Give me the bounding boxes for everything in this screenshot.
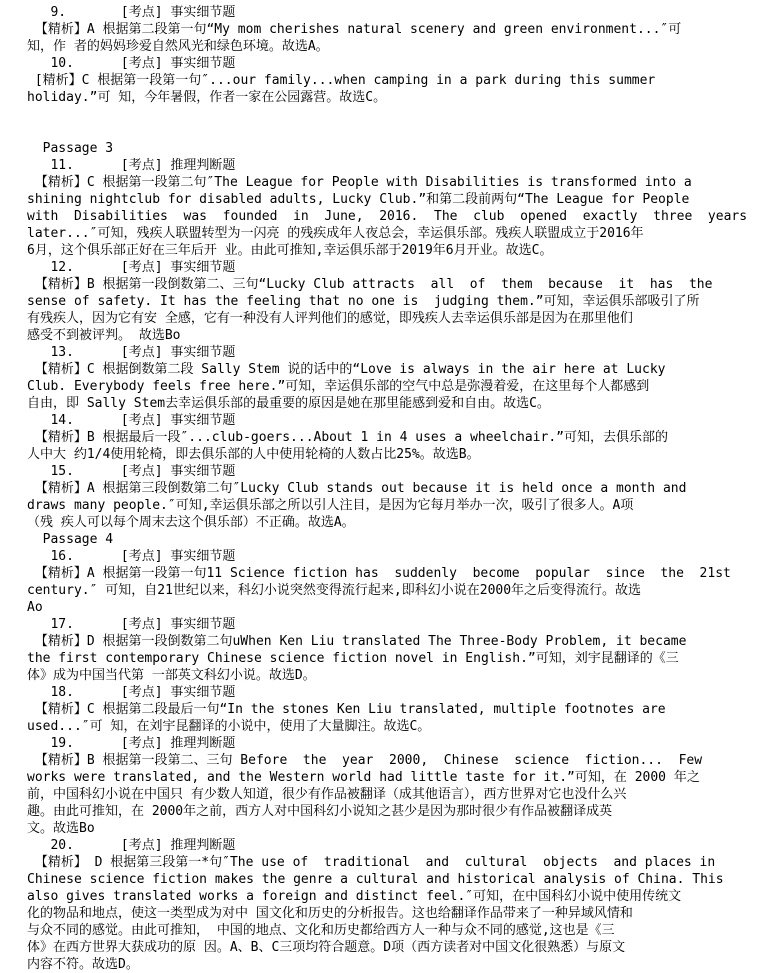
item-header-line: 18. [考点] 事实细节题 (27, 684, 770, 701)
passage-title: Passage 3 (27, 140, 770, 157)
analysis-line: 【精析】D 根据第一段倒数第二句uWhen Ken Liu translated… (27, 633, 770, 650)
item-header-line: 13. [考点] 事实细节题 (27, 344, 770, 361)
analysis-line: 【精析】A 根据第一段第一句11 Science fiction has sud… (27, 565, 770, 582)
item-header-line: 15. [考点] 事实细节题 (27, 463, 770, 480)
document-page: 9. [考点] 事实细节题 【精析】A 根据第二段第一句“My mom cher… (0, 0, 778, 973)
analysis-line: later...″可知，残疾人联盟转型为一闪亮 的残疾成年人夜总会，幸运俱乐部。… (27, 225, 770, 242)
analysis-line: sense of safety. It has the feeling that… (27, 293, 770, 310)
analysis-line: 【精析】C 根据第一段第二句″The League for People wit… (27, 174, 770, 191)
item-header-line: 9. [考点] 事实细节题 (27, 4, 770, 21)
analysis-line: also gives translated works a foreign an… (27, 888, 770, 905)
analysis-line: 与众不同的感觉。由此可推知， 中国的地点、文化和历史都给西方人一种与众不同的感觉… (27, 922, 770, 939)
analysis-line: 【精析】C 根据倒数第二段 Sally Stem 说的话中的“Love is a… (27, 361, 770, 378)
analysis-line: [精析】C 根据第一段第一句″...our family...when camp… (27, 72, 770, 89)
analysis-line: 6月，这个俱乐部正好在三年后开 业。由此可推知,幸运俱乐部于2019年6月开业。… (27, 242, 770, 259)
analysis-line: Chinese science fiction makes the genre … (27, 871, 770, 888)
item-header-line: 12. [考点] 事实细节题 (27, 259, 770, 276)
analysis-line: 自由，即 Sally Stem去幸运俱乐部的最重要的原因是她在那里能感到爱和自由… (27, 395, 770, 412)
analysis-line: 有残疾人，因为它有安 全感，它有一种没有人评判他们的感觉，即残疾人去幸运俱乐部是… (27, 310, 770, 327)
analysis-line: 【精析】A 根据第二段第一句“My mom cherishes natural … (27, 21, 770, 38)
analysis-line: 趣。由此可推知，在 2000年之前，西方人对中国科幻小说知之甚少是因为那时很少有… (27, 803, 770, 820)
item-header-line: 10. [考点] 事实细节题 (27, 55, 770, 72)
analysis-line: 【精析】B 根据第一段第二、三句 Before the year 2000, C… (27, 752, 770, 769)
analysis-line: shining nightclub for disabled adults, L… (27, 191, 770, 208)
analysis-line: 【精析】B 根据最后一段″...club-goers...About 1 in … (27, 429, 770, 446)
blank-line (27, 106, 770, 123)
analysis-line: holiday.”可 知，今年暑假，作者一家在公园露营。故选C。 (27, 89, 770, 106)
blank-line (27, 123, 770, 140)
analysis-line: with Disabilities was founded in June, 2… (27, 208, 770, 225)
analysis-line: 文。故选Bo (27, 820, 770, 837)
analysis-line: draws many people.″可知,幸运俱乐部之所以引人注目，是因为它每… (27, 497, 770, 514)
item-header-line: 14. [考点] 事实细节题 (27, 412, 770, 429)
analysis-line: 体》成为中国当代第 一部英文科幻小说。故选D。 (27, 667, 770, 684)
analysis-line: 知，作 者的妈妈珍爱自然风光和绿色环境。故选A。 (27, 38, 770, 55)
analysis-line: Club. Everybody feels free here.”可知，幸运俱乐… (27, 378, 770, 395)
analysis-line: 人中大 约1/4使用轮椅，即去俱乐部的人中使用轮椅的人数占比25%。故选B。 (27, 446, 770, 463)
analysis-line: 体》在西方世界大获成功的原 因。A、B、C三项均符合题意。D项（西方读者对中国文… (27, 939, 770, 956)
analysis-line: the first contemporary Chinese science f… (27, 650, 770, 667)
analysis-line: Ao (27, 599, 770, 616)
analysis-line: 【精析】A 根据第三段倒数第二句″Lucky Club stands out b… (27, 480, 770, 497)
analysis-line: （残 疾人可以每个周末去这个俱乐部）不正确。故选A。 (27, 514, 770, 531)
item-header-line: 17. [考点] 事实细节题 (27, 616, 770, 633)
analysis-line: used...″可 知，在刘宇昆翻译的小说中，使用了大量脚注。故选C。 (27, 718, 770, 735)
analysis-line: works were translated, and the Western w… (27, 769, 770, 786)
analysis-line: 感受不到被评判。 故选Bo (27, 327, 770, 344)
analysis-line: 化的物品和地点，使这一类型成为对中 国文化和历史的分析报告。这也给翻译作品带来了… (27, 905, 770, 922)
analysis-line: 【精析】B 根据第一段倒数第二、三句“Lucky Club attracts a… (27, 276, 770, 293)
item-header-line: 20. [考点] 推理判断题 (27, 837, 770, 854)
analysis-line: 前，中国科幻小说在中国只 有少数人知道，很少有作品被翻译（成其他语言），西方世界… (27, 786, 770, 803)
analysis-line: century.″ 可知，自21世纪以来，科幻小说突然变得流行起来,即科幻小说在… (27, 582, 770, 599)
analysis-line: 内容不符。故选D。 (27, 956, 770, 973)
item-header-line: 19. [考点] 推理判断题 (27, 735, 770, 752)
item-header-line: 16. [考点] 事实细节题 (27, 548, 770, 565)
item-header-line: 11. [考点] 推理判断题 (27, 157, 770, 174)
passage-title: Passage 4 (27, 531, 770, 548)
analysis-line: 【精析】C 根据第二段最后一句“In the stones Ken Liu tr… (27, 701, 770, 718)
analysis-line: 【精析】 D 根据第三段第一*句″The use of traditional … (27, 854, 770, 871)
